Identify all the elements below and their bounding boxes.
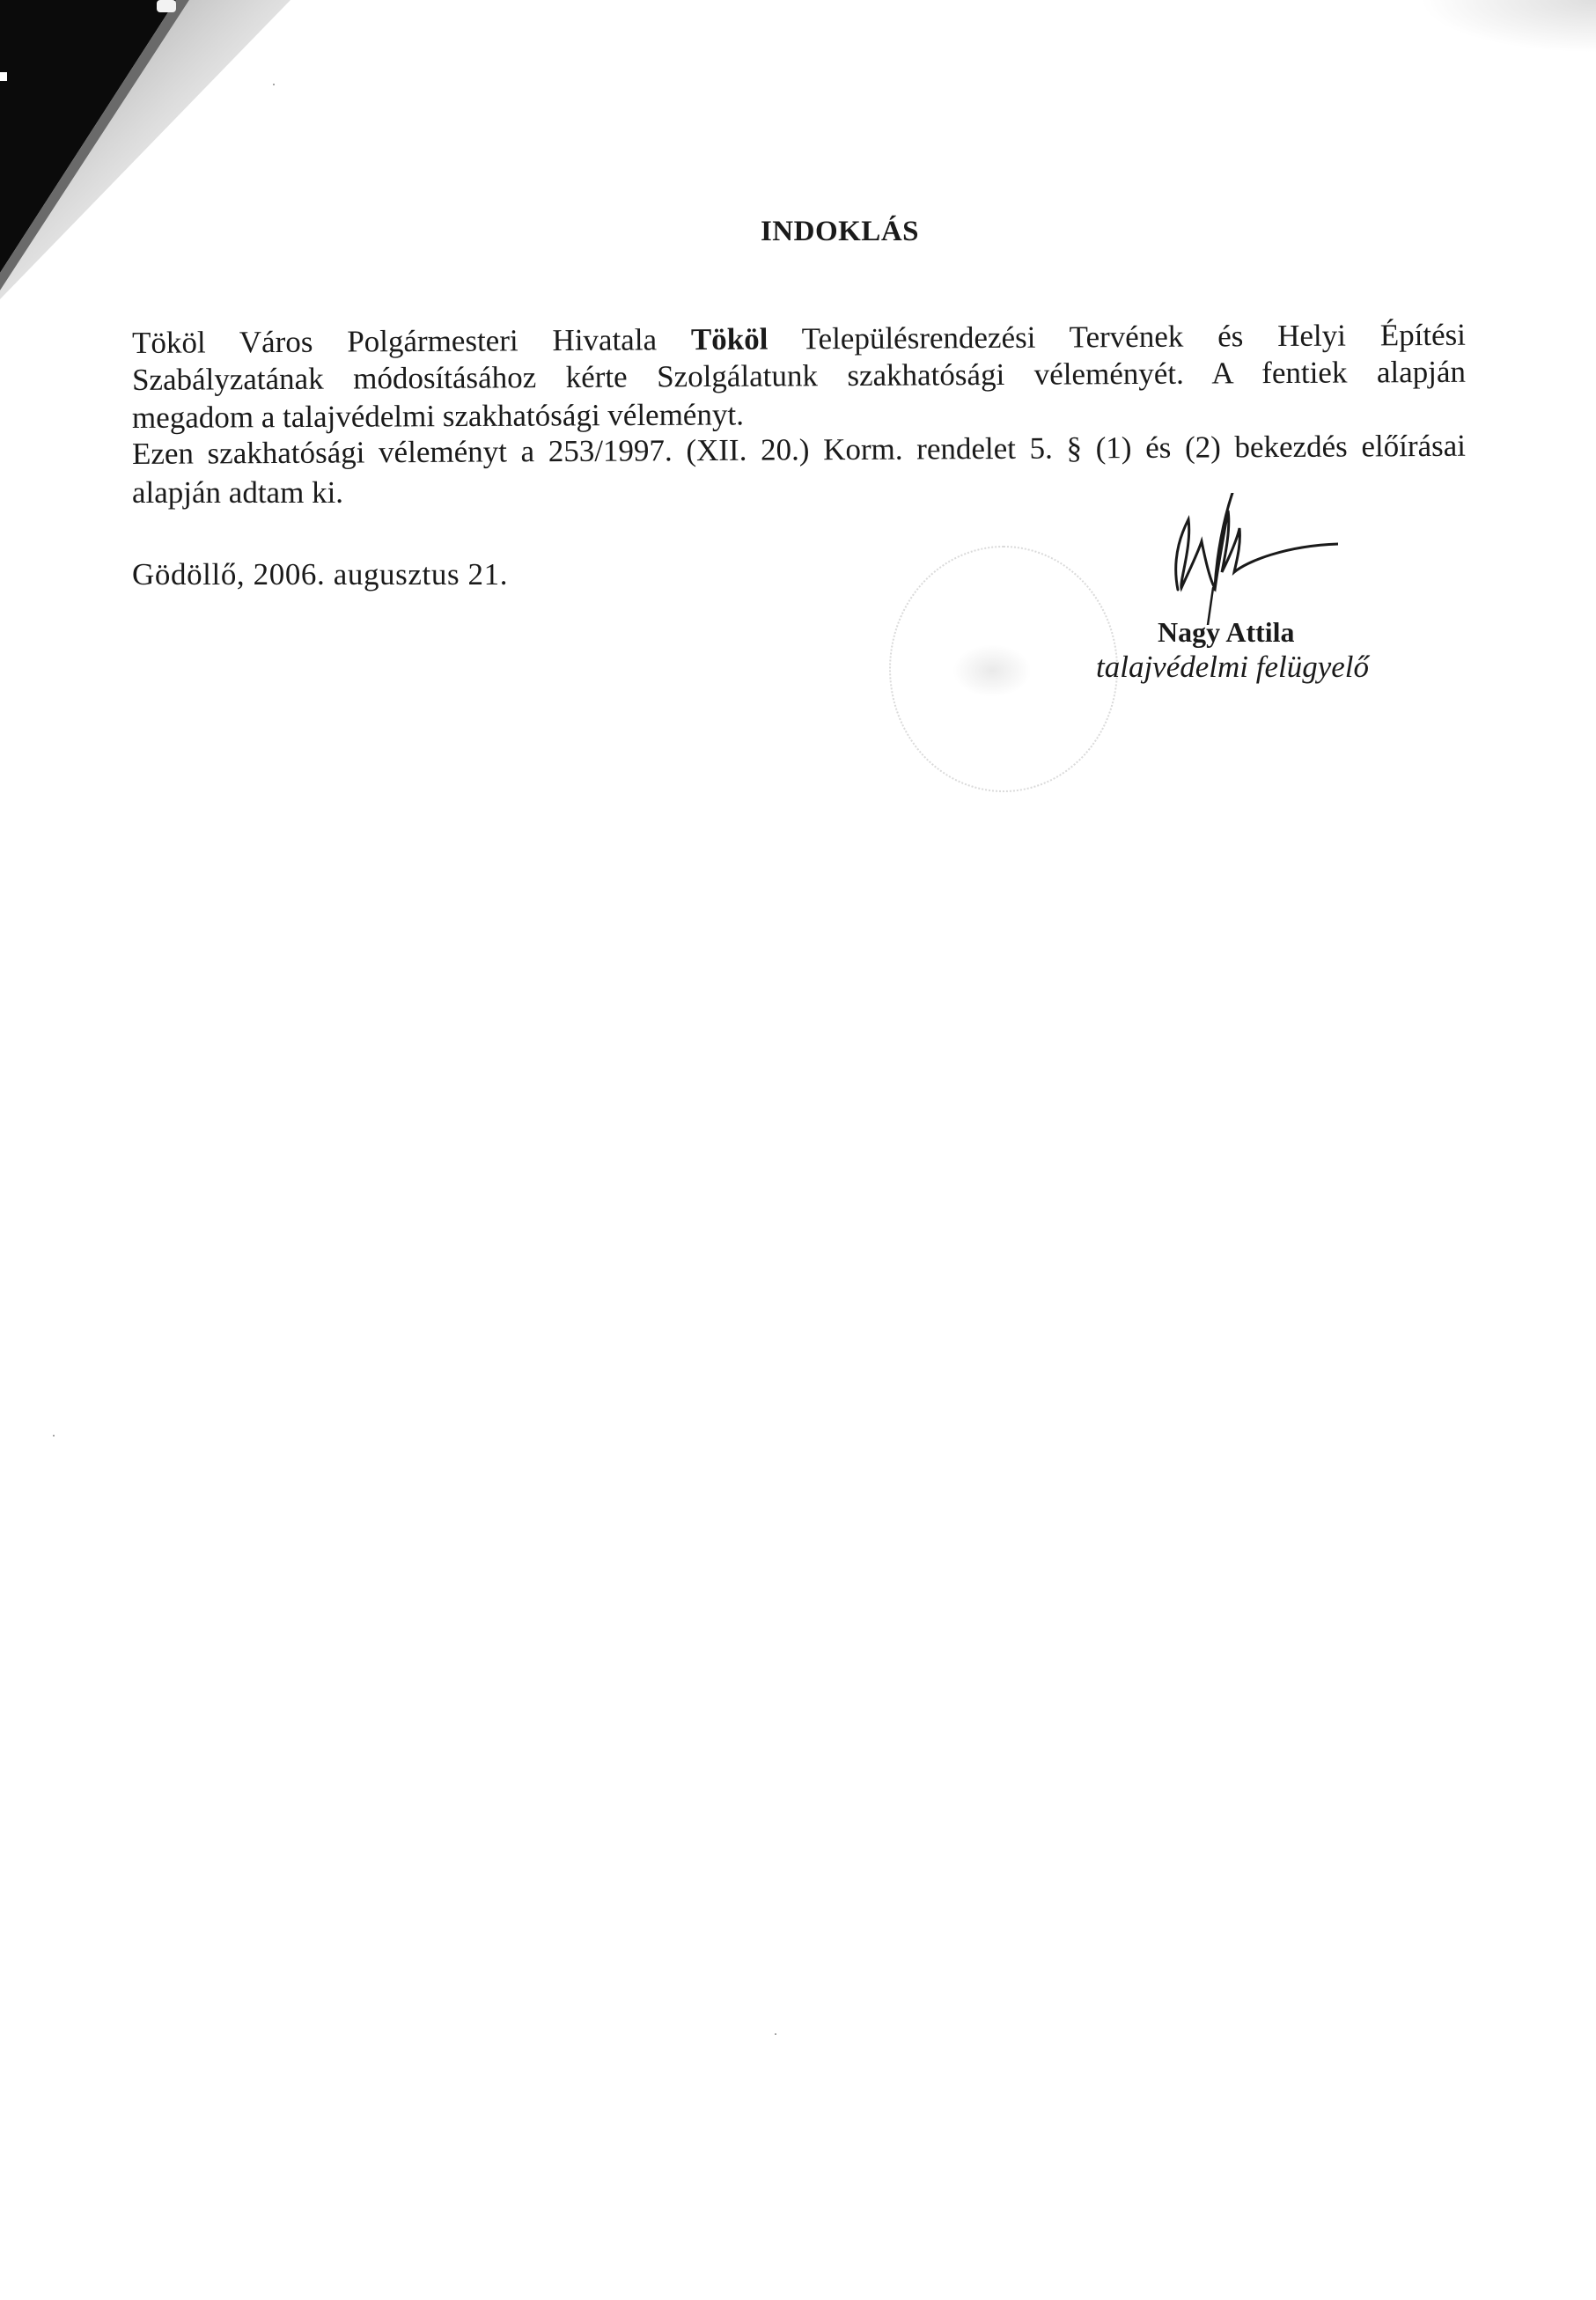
paragraph-line-4: Ezen szakhatósági véleményt a 253/1997. … <box>132 429 1466 472</box>
signer-name: Nagy Attila <box>1158 616 1295 649</box>
document-title: INDOKLÁS <box>0 216 1596 248</box>
handwritten-signature <box>1162 493 1338 625</box>
stamp-emblem <box>952 644 1032 697</box>
scanned-document-page: INDOKLÁS Tököl Város Polgármesteri Hivat… <box>0 0 1596 2300</box>
scan-speck <box>273 84 275 85</box>
paragraph-line-3: megadom a talajvédelmi szakhatósági véle… <box>132 397 744 436</box>
scan-speck <box>53 1435 55 1437</box>
text-span: Tököl Város Polgármesteri Hivatala <box>132 322 691 360</box>
scan-noise <box>1420 0 1596 53</box>
text-span: Településrendezési Tervének és Helyi Épí… <box>768 318 1466 356</box>
scan-speck <box>775 2033 776 2035</box>
paragraph-line-2: Szabályzatának módosításához kérte Szolg… <box>132 355 1466 398</box>
folded-corner-scan-artifact <box>0 0 370 299</box>
signer-position: talajvédelmi felügyelő <box>1096 650 1369 685</box>
paragraph-line-1: Tököl Város Polgármesteri Hivatala Tököl… <box>132 318 1466 361</box>
bold-place-name: Tököl <box>691 322 769 357</box>
place-and-date: Gödöllő, 2006. augusztus 21. <box>132 557 508 592</box>
official-stamp <box>889 546 1118 792</box>
paragraph-line-5: alapján adtam ki. <box>132 475 343 511</box>
